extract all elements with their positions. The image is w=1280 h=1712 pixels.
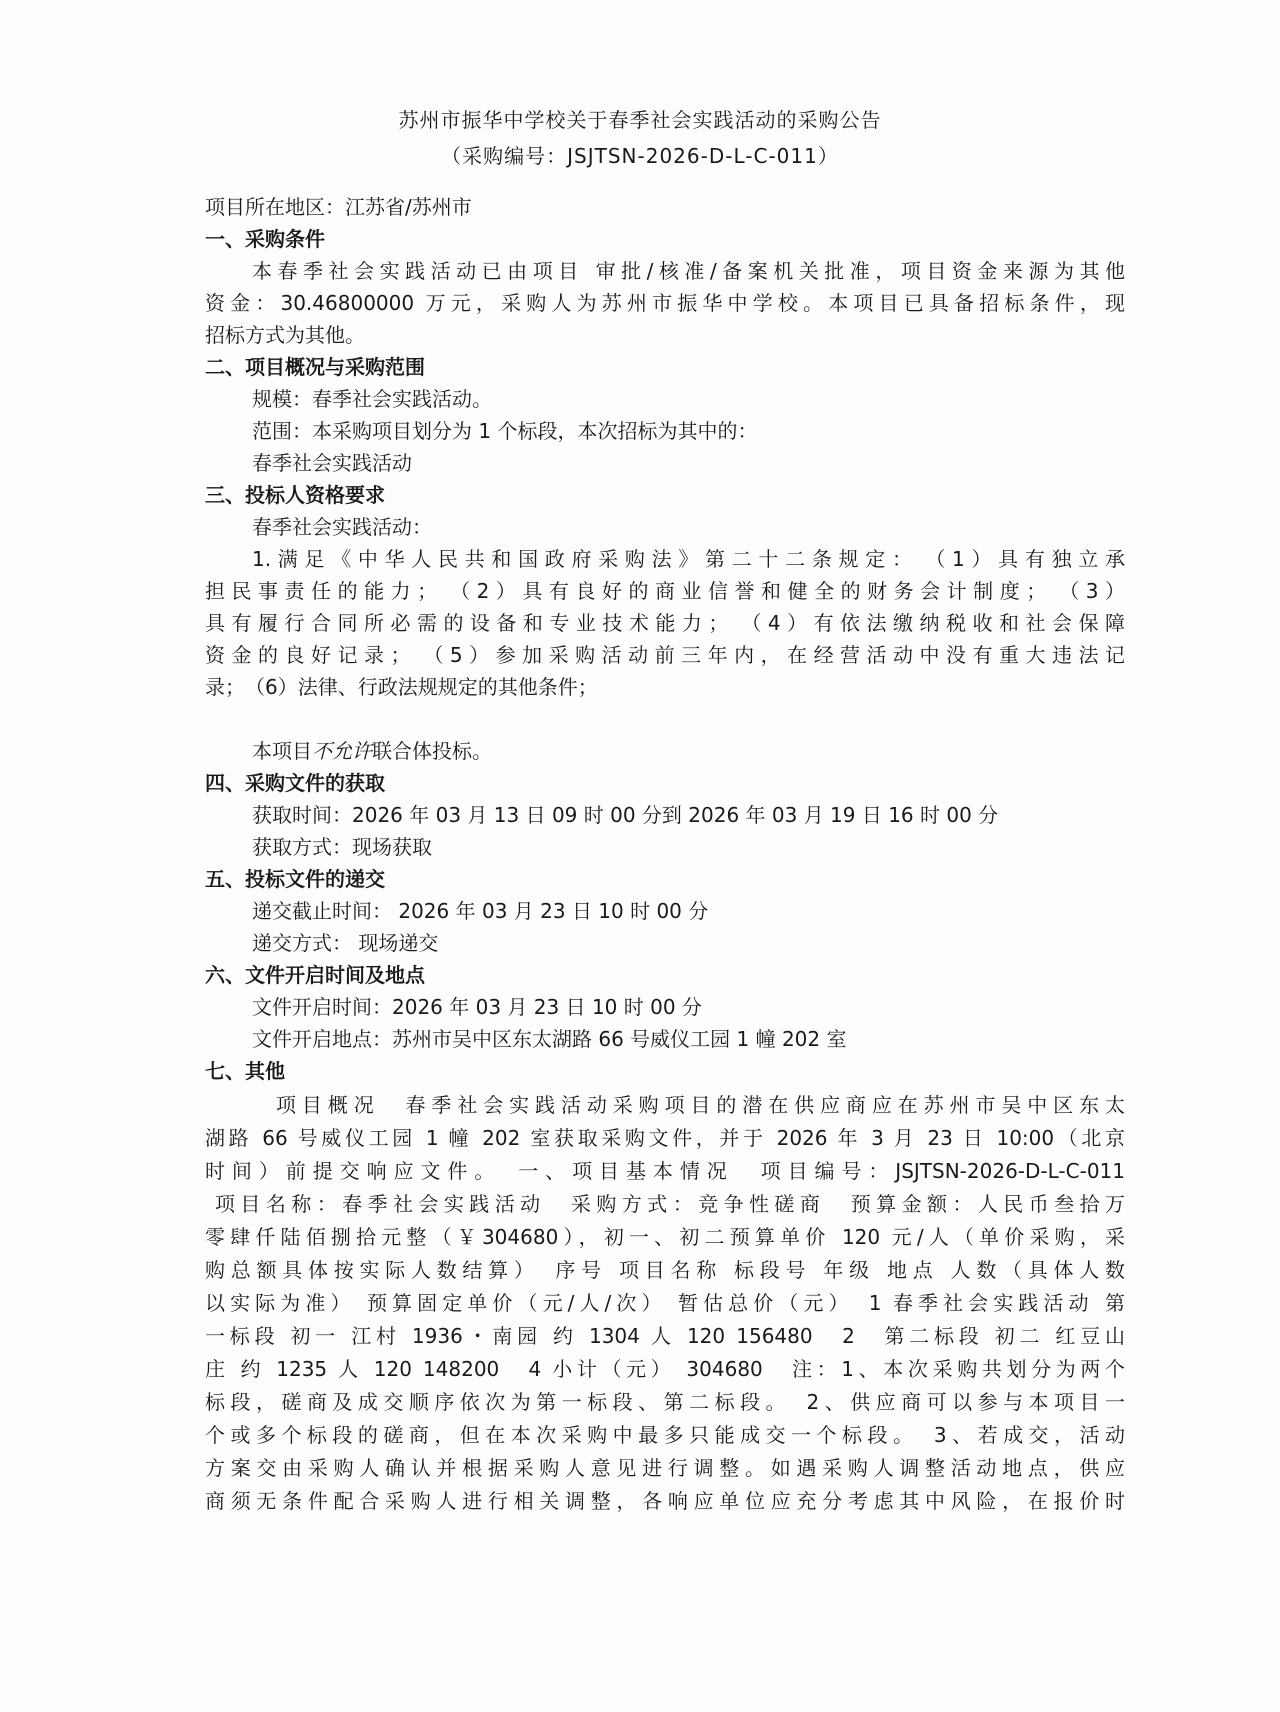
section-7-line: 一标段 初一 江村 1936・南园 约 1304 人 120 156480 2 … [205,1319,1125,1353]
consortium-not-allowed: 不允许 [312,739,372,763]
section-7-line: 以实际为准） 预算固定单价（元/人/次） 暂估总价（元） 1 春季社会实践活动 … [205,1286,1125,1320]
section-6-line: 文件开启地点：苏州市吴中区东太湖路 66 号威仪工园 1 幢 202 室 [252,1022,1125,1056]
section-7-line: 购总额具体按实际人数结算） 序号 项目名称 标段号 年级 地点 人数（具体人数 [205,1253,1125,1287]
section-7-line: 商须无条件配合采购人进行相关调整，各响应单位应充分考虑其中风险，在报价时 [205,1484,1125,1518]
region-line: 项目所在地区：江苏省/苏州市 [205,190,1125,224]
section-1-line: 资金：30.46800000 万元，采购人为苏州市振华中学校。本项目已具备招标条… [205,286,1125,320]
section-3-line: 录； （6）法律、行政法规规定的其他条件； [205,670,1125,704]
section-2-line: 规模：春季社会实践活动。 [252,382,1125,416]
section-6-line: 文件开启时间：2026 年 03 月 23 日 10 时 00 分 [252,990,1125,1024]
section-heading-7: 七、其他 [205,1054,1125,1088]
section-2-line: 范围：本采购项目划分为 1 个标段，本次招标为其中的： [252,414,1125,448]
section-3-line: 春季社会实践活动： [252,510,1125,544]
section-heading-5: 五、投标文件的递交 [205,862,1125,896]
section-7-line: 标段，磋商及成交顺序依次为第一标段、第二标段。 2、供应商可以参与本项目一 [205,1385,1125,1419]
document-title: 苏州市振华中学校关于春季社会实践活动的采购公告 [0,104,1280,133]
section-7-line: 湖路 66 号威仪工园 1 幢 202 室获取采购文件，并于 2026 年 3 … [205,1121,1125,1155]
section-5-line: 递交截止时间： 2026 年 03 月 23 日 10 时 00 分 [252,894,1125,928]
section-7-line: 零肆仟陆佰捌拾元整（￥304680），初一、初二预算单价 120 元/人（单价采… [205,1220,1125,1254]
section-7-line: 庄 约 1235 人 120 148200 4 小计（元） 304680 注：1… [205,1352,1125,1386]
section-7-line: 个或多个标段的磋商，但在本次采购中最多只能成交一个标段。 3、若成交，活动 [205,1418,1125,1452]
section-1-line: 招标方式为其他。 [205,318,1125,352]
section-heading-1: 一、采购条件 [205,222,1125,256]
section-7-line: 时间）前提交响应文件。 一、项目基本情况 项目编号：JSJTSN-2026-D-… [205,1154,1125,1188]
consortium-prefix: 本项目 [252,739,312,763]
consortium-line: 本项目不允许联合体投标。 [252,734,1125,768]
consortium-suffix: 联合体投标。 [372,739,492,763]
section-1-line: 本春季社会实践活动已由项目 审批/核准/备案机关批准，项目资金来源为其他 [252,254,1125,288]
section-heading-4: 四、采购文件的获取 [205,766,1125,800]
section-5-line: 递交方式： 现场递交 [252,926,1125,960]
section-4-line: 获取时间：2026 年 03 月 13 日 09 时 00 分到 2026 年 … [252,798,1125,832]
document-page: 苏州市振华中学校关于春季社会实践活动的采购公告 （采购编号：JSJTSN-202… [0,0,1280,1712]
section-3-line: 资金的良好记录； （5）参加采购活动前三年内，在经营活动中没有重大违法记 [205,638,1125,672]
section-7-line: 方案交由采购人确认并根据采购人意见进行调整。如遇采购人调整活动地点，供应 [205,1451,1125,1485]
procurement-number: （采购编号：JSJTSN-2026-D-L-C-011） [0,140,1280,169]
section-heading-2: 二、项目概况与采购范围 [205,350,1125,384]
section-3-line: 1.满足《中华人民共和国政府采购法》第二十二条规定： （1）具有独立承 [252,542,1125,576]
section-3-line: 担民事责任的能力； （2）具有良好的商业信誉和健全的财务会计制度； （3） [205,574,1125,608]
section-7-line: 项目名称：春季社会实践活动 采购方式：竞争性磋商 预算金额：人民币叁拾万 [215,1187,1125,1221]
section-7-line: 项目概况 春季社会实践活动采购项目的潜在供应商应在苏州市吴中区东太 [276,1088,1125,1122]
section-3-line: 具有履行合同所必需的设备和专业技术能力； （4）有依法缴纳税收和社会保障 [205,606,1125,640]
section-4-line: 获取方式：现场获取 [252,830,1125,864]
section-heading-6: 六、文件开启时间及地点 [205,958,1125,992]
section-2-line: 春季社会实践活动 [252,446,1125,480]
section-heading-3: 三、投标人资格要求 [205,478,1125,512]
